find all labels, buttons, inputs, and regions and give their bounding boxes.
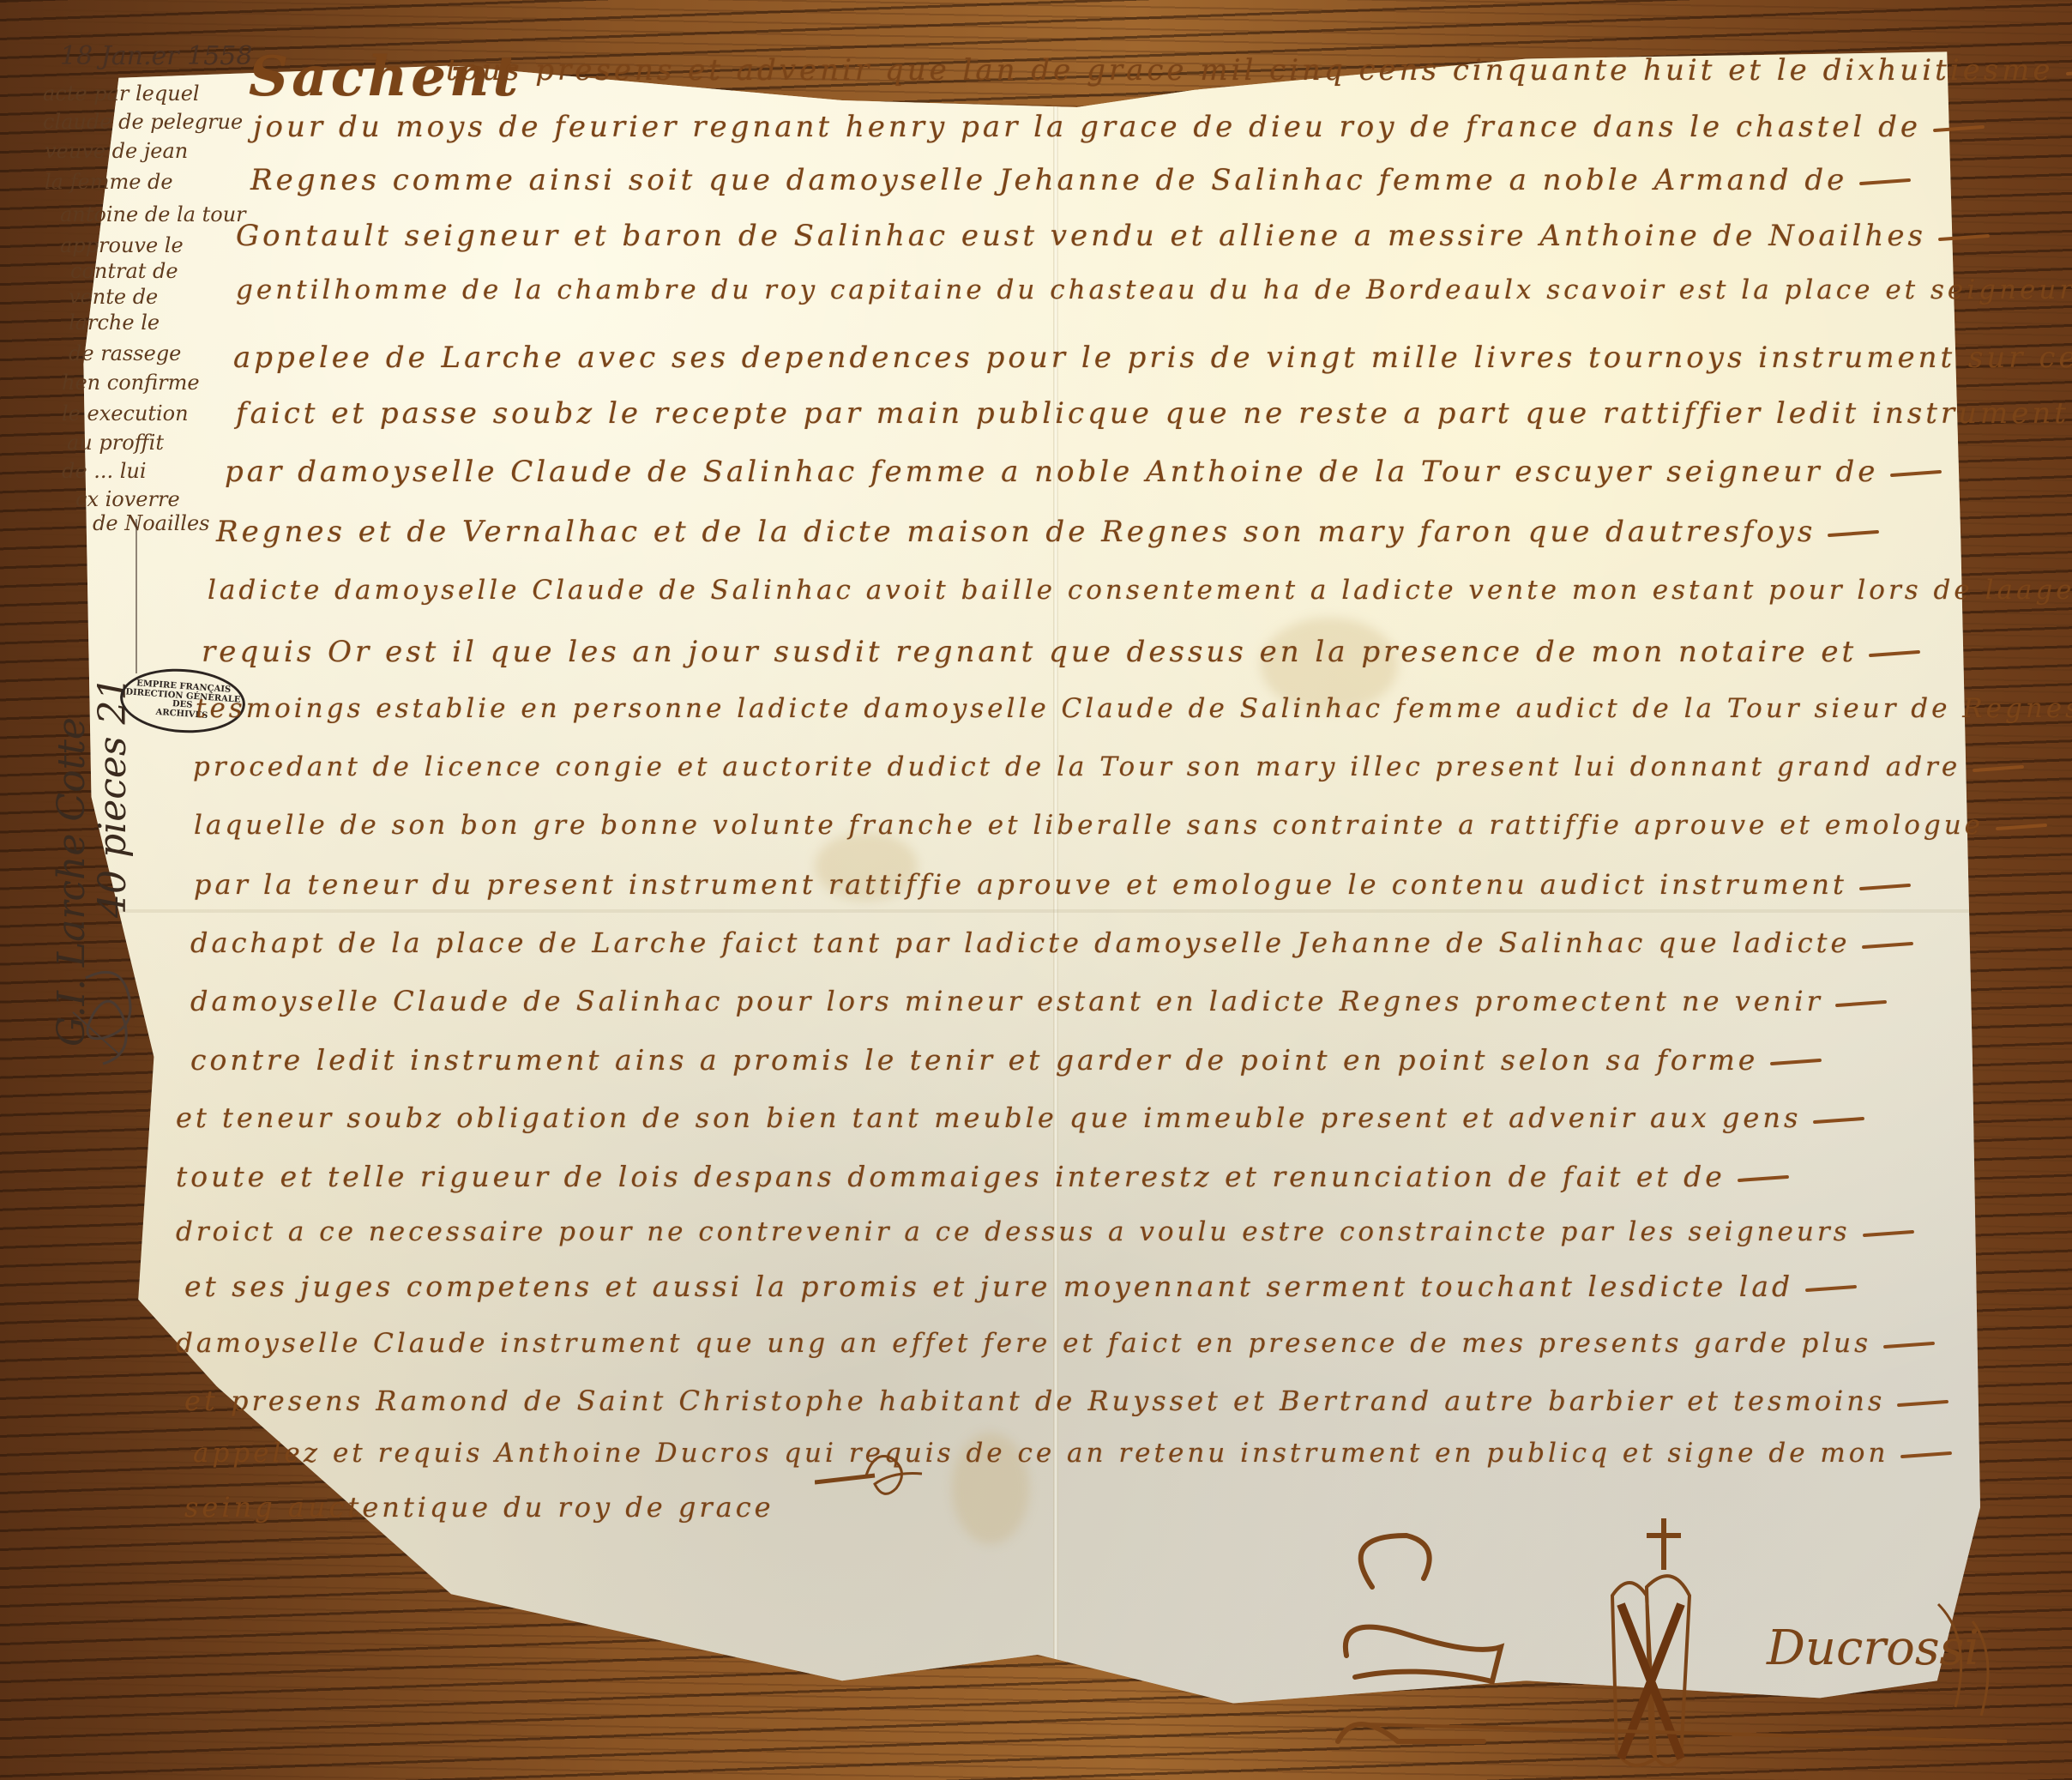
body-line: par damoyselle Claude de Salinhac femme … <box>225 455 1942 489</box>
body-line: jour du moys de feurier regnant henry pa… <box>253 110 1985 144</box>
margin-note: claude de pelegrue <box>43 110 243 134</box>
body-line: contre ledit instrument ains a promis le… <box>190 1043 1822 1077</box>
body-line: damoyselle Claude instrument que ung an … <box>176 1328 1935 1359</box>
body-line: Regnes et de Vernalhac et de la dicte ma… <box>216 515 1879 549</box>
margin-note: larche le <box>69 311 160 335</box>
paraph-flourish-icon <box>69 961 146 1072</box>
margin-note: cx ioverre <box>75 487 180 511</box>
body-line: Gontault seigneur et baron de Salinhac e… <box>236 219 1990 253</box>
body-line: laquelle de son bon gre bonne volunte fr… <box>194 810 2047 841</box>
body-line: appelez et requis Anthoine Ducros qui re… <box>193 1438 1952 1469</box>
body-line: droict a ce necessaire pour ne contreven… <box>176 1216 1914 1247</box>
margin-note: approuve le <box>60 233 184 257</box>
margin-note: vente de <box>69 285 158 309</box>
body-line: par la teneur du present instrument ratt… <box>194 868 1911 901</box>
margin-note: de ... lui <box>62 459 147 483</box>
body-line: et teneur soubz obligation de son bien t… <box>176 1101 1864 1134</box>
margin-note: de rassege <box>69 341 181 365</box>
body-line: et ses juges competens et aussi la promi… <box>184 1270 1857 1303</box>
body-line: Regnes comme ainsi soit que damoyselle J… <box>250 163 1911 197</box>
body-line: ladicte damoyselle Claude de Salinhac av… <box>208 575 2072 606</box>
margin-note: acte par lequel <box>43 81 200 106</box>
margin-note: au proffit <box>67 431 164 455</box>
signature-block: Ducrossi <box>1286 1484 2024 1767</box>
body-line: gentilhomme de la chambre du roy capitai… <box>236 275 2072 305</box>
ruled-guide-line <box>136 519 137 673</box>
margin-note: hen confirme <box>62 371 200 395</box>
notarial-monogram-icon <box>1612 1518 1690 1765</box>
margin-note: contrat de <box>70 259 178 283</box>
notary-flourish-icon <box>815 1450 926 1501</box>
signature-paraph-icon <box>1338 1536 1501 1741</box>
body-line: tesmoings establie en personne ladicte d… <box>196 693 2072 724</box>
body-line: tous presens et advenir que lan de grace… <box>446 53 2072 87</box>
body-line: dachapt de la place de Larche faict tant… <box>190 926 1913 959</box>
margin-note: le execution <box>62 401 189 425</box>
body-line: damoyselle Claude de Salinhac pour lors … <box>190 985 1887 1017</box>
margin-note: antoine de la tour <box>60 202 246 226</box>
body-line: faict et passe soubz le recepte par main… <box>236 396 2072 431</box>
body-line: appelee de Larche avec ses dependences p… <box>233 341 2072 375</box>
margin-date: 18 Jan.er 1558 <box>60 41 252 71</box>
body-line: requis Or est il que les an jour susdit … <box>202 635 1920 669</box>
body-line: et presens Ramond de Saint Christophe ha… <box>184 1385 1949 1417</box>
margin-note: veuve de jean <box>45 139 188 163</box>
signature-name: Ducrossi <box>1766 1620 1979 1676</box>
horizontal-fold <box>94 909 1981 913</box>
body-line: toute et telle rigueur de lois despans d… <box>176 1160 1789 1193</box>
margin-note: de Noailles <box>93 511 210 535</box>
body-line-final: seing auctentique du roy de grace <box>184 1491 774 1524</box>
margin-note: la femme de <box>45 170 173 194</box>
body-line: procedant de licence congie et auctorite… <box>193 751 2024 782</box>
